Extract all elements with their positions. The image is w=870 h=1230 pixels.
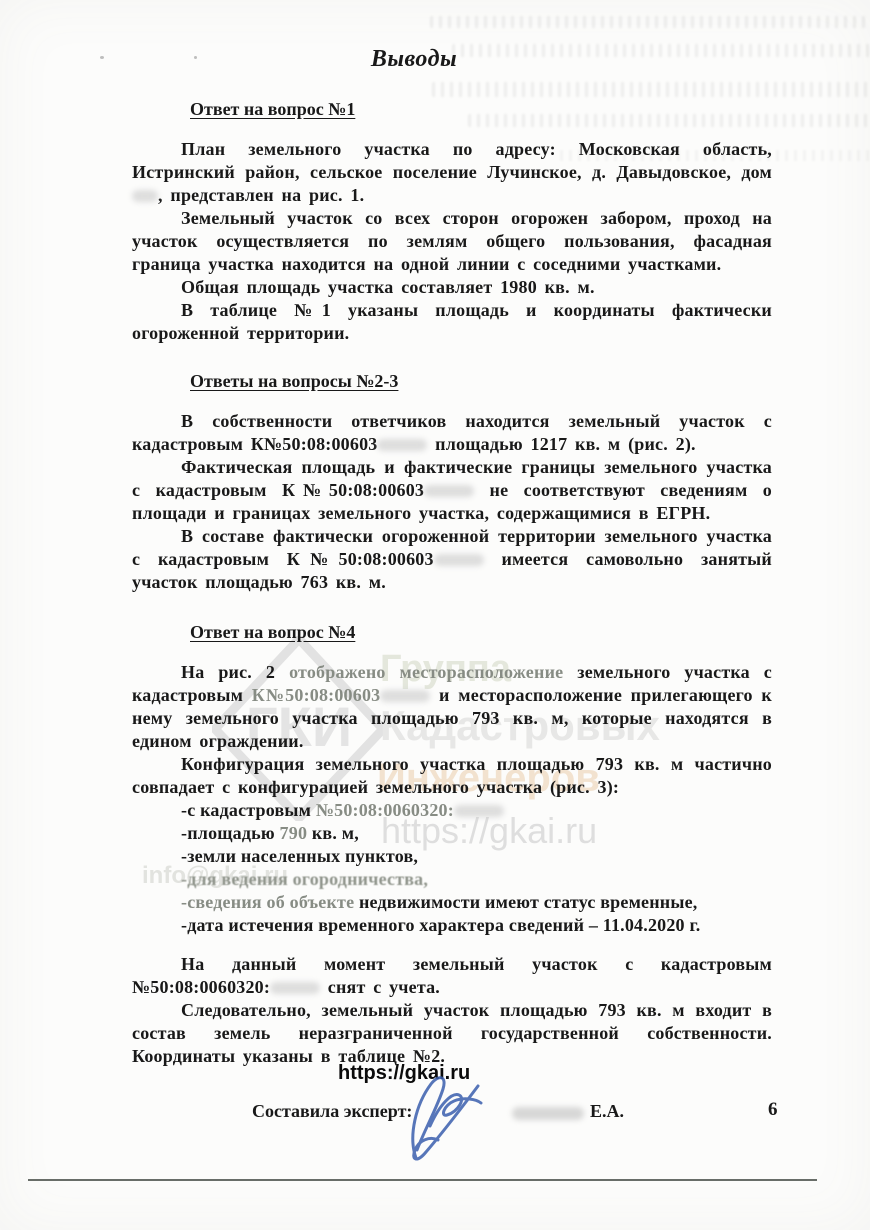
text-run: План земельного участка по адресу: Моско… xyxy=(132,139,772,182)
list-item: -сведения об объекте недвижимости имеют … xyxy=(181,891,772,914)
text-run: -площадью xyxy=(181,823,280,843)
paragraph: На рис. 2 отображено месторасположение з… xyxy=(132,661,772,753)
list-item: -дата истечения временного характера све… xyxy=(181,914,772,937)
redacted-cadastral-digits xyxy=(424,485,474,497)
expert-signature xyxy=(386,1068,504,1168)
list-item: -площадью 790 кв. м, xyxy=(181,822,772,845)
plot-attributes-list: -с кадастровым №50:08:0060320: -площадью… xyxy=(132,799,772,937)
scanned-document-page: ГКИ Группа Кадастровых Инженеров https:/… xyxy=(0,0,870,1230)
redacted-house-number xyxy=(132,190,158,202)
paragraph: Земельный участок со всех сторон огороже… xyxy=(132,207,772,276)
document-content: Выводы Ответ на вопрос №1 План земельног… xyxy=(132,0,772,1068)
redacted-cadastral-digits xyxy=(434,554,484,566)
text-run-faded: №50:08:0060320: xyxy=(316,800,454,820)
redacted-cadastral-digits xyxy=(377,439,427,451)
paragraph: В составе фактически огороженной террито… xyxy=(132,525,772,594)
paragraph: На данный момент земельный участок с кад… xyxy=(132,953,772,999)
expert-name-initials: Е.А. xyxy=(590,1101,624,1122)
text-run: На данный момент земельный участок с кад… xyxy=(132,954,772,997)
text-run: площадью 1217 кв. м (рис. 2). xyxy=(427,434,695,454)
section-3-heading: Ответ на вопрос №4 xyxy=(190,622,772,643)
text-run-faded: отображено месторасположение xyxy=(289,662,563,682)
list-item: -земли населенных пунктов, xyxy=(181,845,772,868)
text-run: снят с учета. xyxy=(320,977,440,997)
section-2-heading: Ответы на вопросы №2-3 xyxy=(190,371,772,392)
redacted-cadastral-digits xyxy=(380,690,430,702)
list-item: -с кадастровым №50:08:0060320: xyxy=(181,799,772,822)
text-run: -с кадастровым xyxy=(181,800,316,820)
page-bottom-rule xyxy=(28,1179,817,1181)
scan-speck xyxy=(100,56,104,59)
paragraph: План земельного участка по адресу: Моско… xyxy=(132,138,772,207)
redacted-expert-name xyxy=(512,1107,584,1120)
section-1-heading: Ответ на вопрос №1 xyxy=(190,99,772,120)
page-title: Выводы xyxy=(132,0,772,73)
paragraph: Следовательно, земельный участок площадь… xyxy=(132,999,772,1068)
paragraph: В таблице №1 указаны площадь и координат… xyxy=(132,299,772,345)
text-run: недвижимости имеют статус временные, xyxy=(359,892,698,912)
text-run: , представлен на рис. 1. xyxy=(158,185,364,205)
page-number: 6 xyxy=(768,1099,778,1121)
paragraph: Фактическая площадь и фактические границ… xyxy=(132,456,772,525)
text-run-faded: -сведения об объекте xyxy=(181,892,359,912)
text-run-faded: К№50:08:00603 xyxy=(252,685,381,705)
text-run-faded: 790 xyxy=(280,823,308,843)
redacted-cadastral-digits xyxy=(454,805,504,817)
paragraph: Конфигурация земельного участка площадью… xyxy=(132,753,772,799)
text-run: На рис. 2 xyxy=(181,662,289,682)
paragraph: Общая площадь участка составляет 1980 кв… xyxy=(132,276,772,299)
redacted-cadastral-digits xyxy=(270,982,320,994)
text-run: кв. м, xyxy=(307,823,359,843)
list-item: -для ведения огородничества, xyxy=(181,868,772,891)
paragraph: В собственности ответчиков находится зем… xyxy=(132,410,772,456)
